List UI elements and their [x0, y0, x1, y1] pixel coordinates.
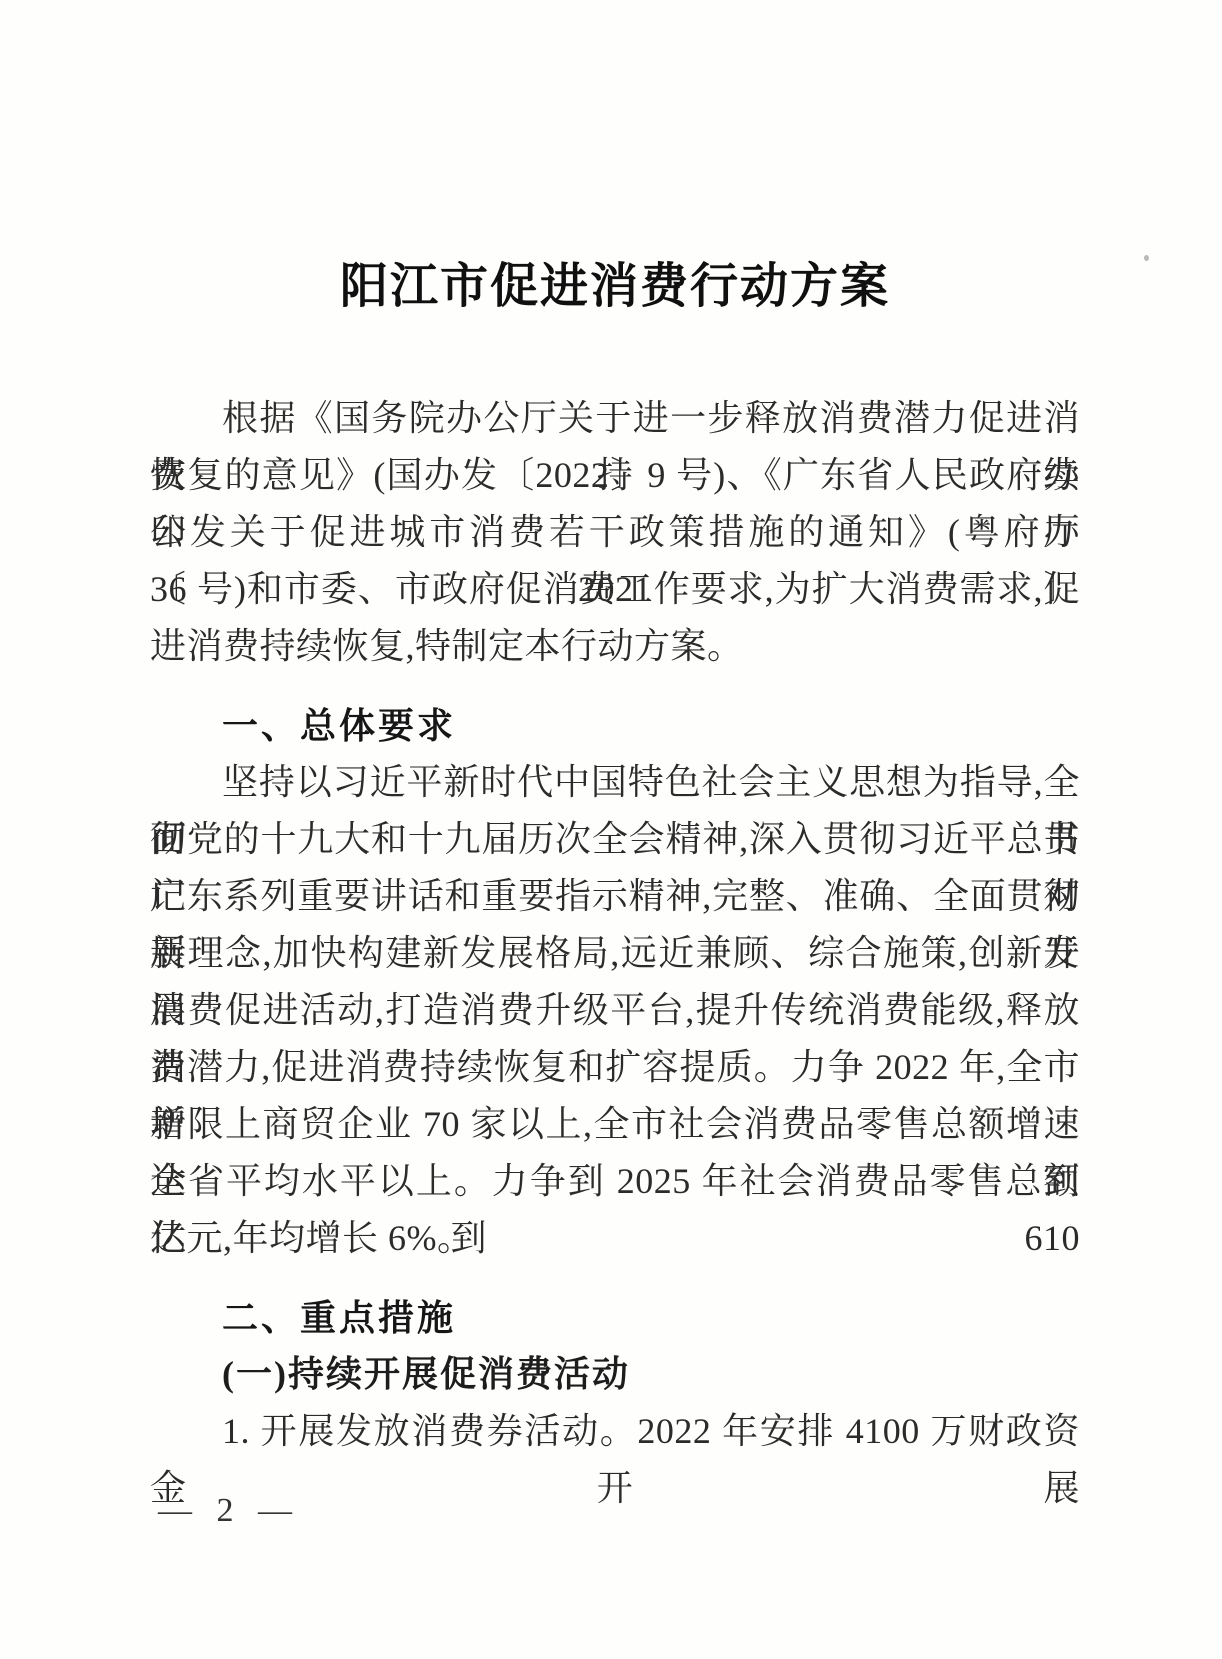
text-line: 36 号)和市委、市政府促消费工作要求,为扩大消费需求,促	[150, 561, 1080, 618]
text-line: 恢复的意见》(国办发〔2022〕9 号)、《广东省人民政府办公厅	[150, 447, 1080, 504]
text-line: 消费促进活动,打造消费升级平台,提升传统消费能级,释放消	[150, 982, 1080, 1039]
document-content: 阳江市促进消费行动方案 根据《国务院办公厅关于进一步释放消费潜力促进消费持续 恢…	[150, 0, 1080, 1460]
text-line: 全省平均水平以上。力争到 2025 年社会消费品零售总额达到 610	[150, 1153, 1080, 1210]
page-number: — 2 —	[158, 1492, 300, 1530]
section-2-heading: 二、重点措施	[150, 1289, 1080, 1346]
text-line: 根据《国务院办公厅关于进一步释放消费潜力促进消费持续	[150, 390, 1080, 447]
subsection-heading: (一)持续开展促消费活动	[150, 1346, 1080, 1403]
text-line: 展理念,加快构建新发展格局,远近兼顾、综合施策,创新开展	[150, 925, 1080, 982]
list-item-line: 1. 开展发放消费券活动。2022 年安排 4100 万财政资金开展	[150, 1403, 1080, 1460]
section-1-heading: 一、总体要求	[150, 697, 1080, 754]
document-title: 阳江市促进消费行动方案	[150, 258, 1080, 316]
intro-paragraph: 根据《国务院办公厅关于进一步释放消费潜力促进消费持续 恢复的意见》(国办发〔20…	[150, 390, 1080, 675]
text-line: 费潜力,促进消费持续恢复和扩容提质。力争 2022 年,全市新	[150, 1039, 1080, 1096]
text-line: 坚持以习近平新时代中国特色社会主义思想为指导,全面贯	[150, 754, 1080, 811]
text-line: 进消费持续恢复,特制定本行动方案。	[150, 618, 1080, 675]
section-1-paragraph: 坚持以习近平新时代中国特色社会主义思想为指导,全面贯 彻党的十九大和十九届历次全…	[150, 754, 1080, 1267]
text-line: 彻党的十九大和十九届历次全会精神,深入贯彻习近平总书记对	[150, 811, 1080, 868]
text-line: 广东系列重要讲话和重要指示精神,完整、准确、全面贯彻新发	[150, 868, 1080, 925]
text-line: 增限上商贸企业 70 家以上,全市社会消费品零售总额增速达到	[150, 1096, 1080, 1153]
text-line: 印发关于促进城市消费若干政策措施的通知》(粤府办〔2021〕	[150, 504, 1080, 561]
scan-artifact-dot	[1144, 255, 1149, 261]
scan-page: 阳江市促进消费行动方案 根据《国务院办公厅关于进一步释放消费潜力促进消费持续 恢…	[0, 0, 1222, 1659]
